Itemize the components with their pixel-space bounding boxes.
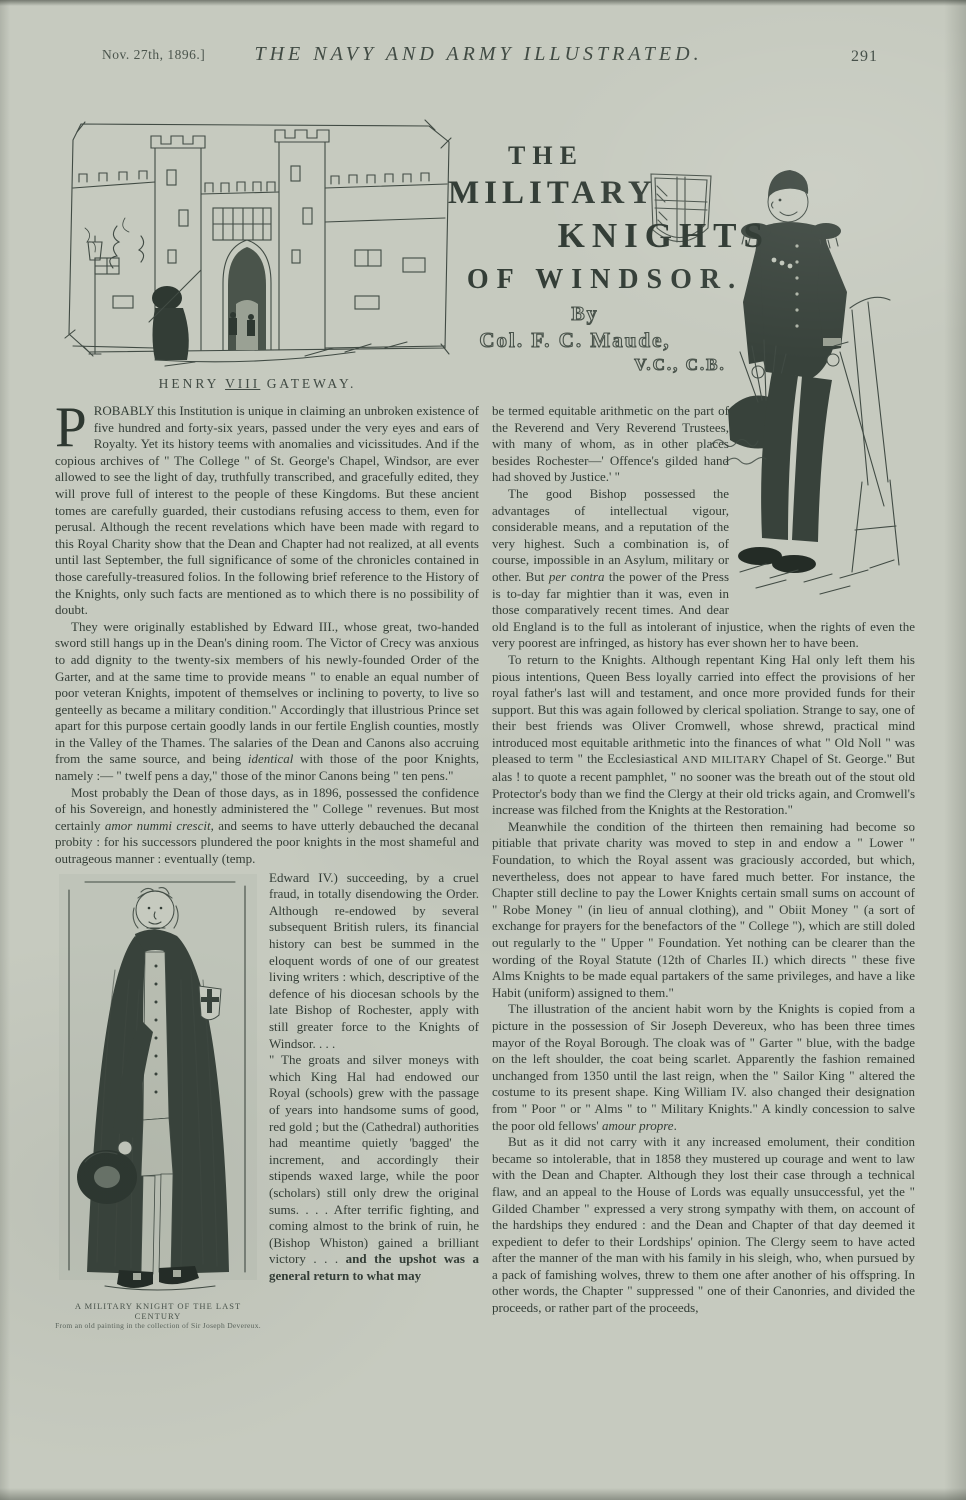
title-line-3: KNIGHTS bbox=[440, 214, 770, 258]
gateway-illustration bbox=[55, 108, 460, 375]
paragraph: The illustration of the ancient habit wo… bbox=[492, 1001, 915, 1134]
column-right: be termed equitable arithmetic on the pa… bbox=[492, 403, 915, 1317]
paragraph: But as it did not carry with it any incr… bbox=[492, 1134, 915, 1317]
paragraph: Edward IV.) succeeding, by a cruel fraud… bbox=[269, 870, 479, 1053]
header-date: Nov. 27th, 1896.] bbox=[102, 47, 205, 63]
paragraph: They were originally established by Edwa… bbox=[55, 619, 479, 785]
column-left-narrow-text: Edward IV.) succeeding, by a cruel fraud… bbox=[269, 870, 479, 1330]
officer-illustration-spacer bbox=[737, 403, 915, 611]
byline-by: By bbox=[440, 303, 730, 326]
paragraph: To return to the Knights. Although repen… bbox=[492, 652, 915, 819]
column-left: PROBABLY this Institution is unique in c… bbox=[55, 403, 479, 1330]
paragraph-text: ROBABLY this Institution is unique in cl… bbox=[55, 403, 479, 617]
magazine-page: Nov. 27th, 1896.] THE NAVY AND ARMY ILLU… bbox=[0, 0, 966, 1500]
gateway-caption: Henry VIII Gateway. bbox=[55, 376, 460, 392]
byline-author: Col. F. C. Maude, bbox=[440, 328, 710, 353]
journal-title: THE NAVY AND ARMY ILLUSTRATED. bbox=[254, 43, 702, 66]
knight-illustration: A Military Knight of the Last Century Fr… bbox=[55, 870, 261, 1330]
column-left-lower: A Military Knight of the Last Century Fr… bbox=[55, 870, 479, 1330]
knight-caption: A Military Knight of the Last Century bbox=[55, 1301, 261, 1321]
paragraph: " The groats and silver moneys with whic… bbox=[269, 1052, 479, 1284]
paragraph: Most probably the Dean of those days, as… bbox=[55, 785, 479, 868]
title-line-1: THE bbox=[440, 140, 652, 173]
paragraph: PROBABLY this Institution is unique in c… bbox=[55, 403, 479, 619]
page-number: 291 bbox=[851, 48, 878, 66]
knight-subcaption: From an old painting in the collection o… bbox=[55, 1321, 261, 1330]
drop-cap: P bbox=[55, 403, 94, 450]
paragraph: Meanwhile the condition of the thirteen … bbox=[492, 819, 915, 1002]
